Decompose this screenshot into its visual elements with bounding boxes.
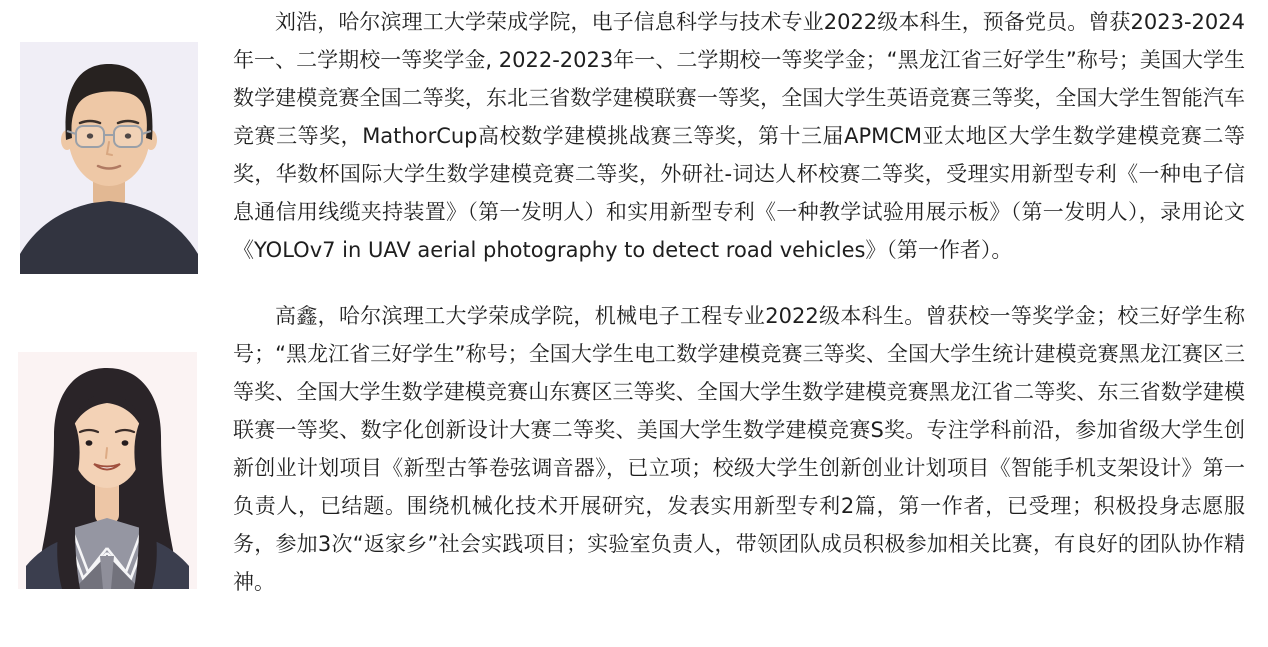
nose bbox=[106, 448, 107, 458]
male-portrait-illustration bbox=[20, 42, 198, 274]
bio-paragraph-gao-xin: 高鑫，哈尔滨理工大学荣成学院，机械电子工程专业2022级本科生。曾获校一等奖学金… bbox=[233, 297, 1245, 601]
student-photo-female bbox=[18, 352, 197, 589]
document-page: { "page": { "background": "#ffffff", "te… bbox=[0, 0, 1268, 647]
bio-paragraph-liu-hao: 刘浩，哈尔滨理工大学荣成学院，电子信息科学与技术专业2022级本科生，预备党员。… bbox=[233, 3, 1245, 269]
eye-left bbox=[86, 440, 93, 446]
eye-right bbox=[122, 440, 129, 446]
bio-text-block: 刘浩，哈尔滨理工大学荣成学院，电子信息科学与技术专业2022级本科生，预备党员。… bbox=[233, 3, 1245, 601]
female-portrait-illustration bbox=[18, 352, 197, 589]
student-photo-male bbox=[20, 42, 198, 274]
